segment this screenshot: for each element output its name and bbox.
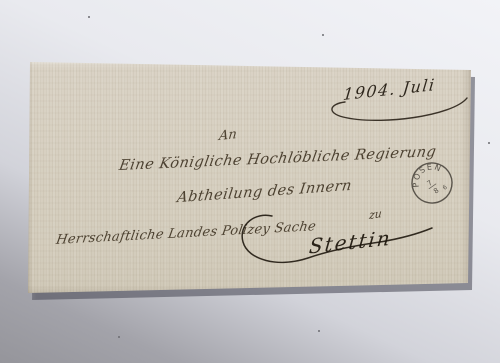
date-underline-flourish [321, 86, 481, 126]
top-right-corner-crease [462, 60, 475, 71]
postmark-time-text: 6 [442, 184, 449, 192]
folded-letter-paper: 1904. Juli An Eine Königliche Hochlöblic… [25, 56, 480, 306]
postmark-stamp: POSEN 7 8 6 [404, 155, 460, 211]
handwritten-address-line1: Eine Königliche Hochlöbliche Regierung [119, 144, 437, 174]
postmark-month-text: 8 [432, 186, 440, 195]
postmark-town-text: POSEN [404, 155, 446, 192]
dust-speck [118, 336, 120, 338]
dust-speck [322, 34, 324, 36]
photo-background: 1904. Juli An Eine Königliche Hochlöblic… [0, 0, 500, 363]
paper-left-edge-shade [25, 56, 33, 306]
salutation-text: An [218, 127, 237, 144]
paper-top-edge-highlight [25, 60, 480, 68]
dust-speck [88, 16, 90, 18]
svg-text:POSEN: POSEN [404, 155, 446, 192]
handwritten-salutation: An [218, 127, 237, 144]
address-line1-text: Eine Königliche Hochlöbliche Regierung [118, 144, 438, 174]
dust-speck [318, 330, 320, 332]
dust-speck [488, 142, 490, 144]
